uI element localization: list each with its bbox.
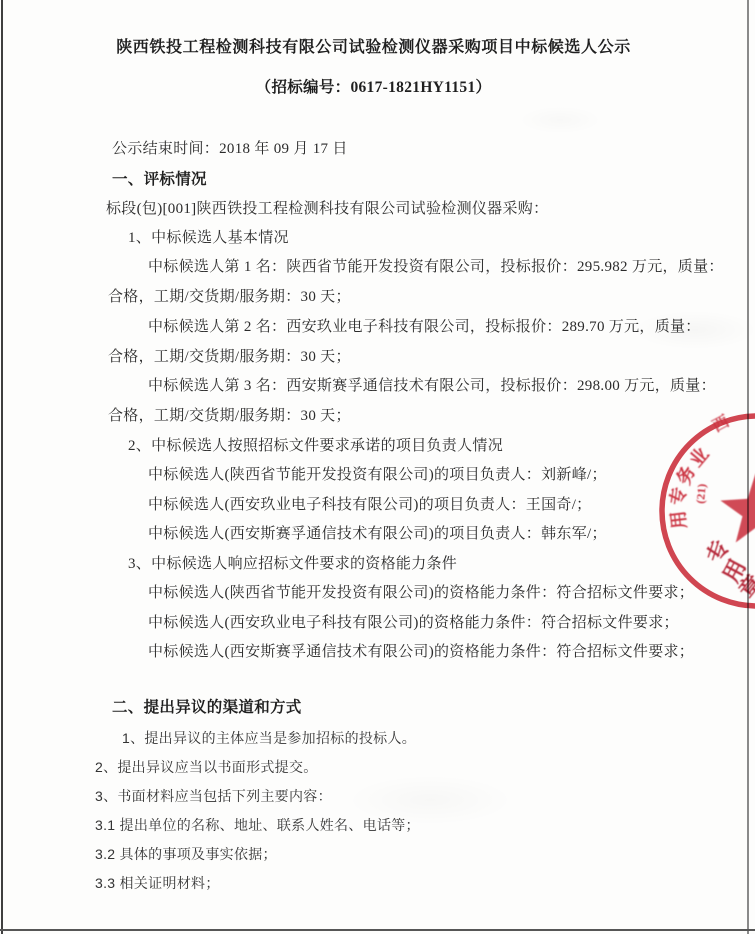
item-3-heading: 3、中标候选人响应招标文件要求的资格能力条件 — [128, 555, 457, 574]
manager-2: 中标候选人(西安玖业电子科技有限公司)的项目负责人：王国奇/； — [148, 496, 591, 515]
candidate-1-line-2: 合格，工期/交货期/服务期：30 天； — [108, 288, 351, 307]
lot-line: 标段(包)[001]陕西铁投工程检测科技有限公司试验检测仪器采购： — [106, 200, 548, 219]
candidate-3-line-2: 合格，工期/交货期/服务期：30 天； — [108, 407, 351, 426]
section-2-heading: 二、提出异议的渠道和方式 — [112, 698, 302, 717]
candidate-3-line-1: 中标候选人第 3 名：西安斯赛孚通信技术有限公司，投标报价：298.00 万元，… — [148, 377, 716, 396]
candidate-2-line-1: 中标候选人第 2 名：西安玖业电子科技有限公司，投标报价：289.70 万元，质… — [148, 318, 701, 337]
item-2-heading: 2、中标候选人按照招标文件要求承诺的项目负责人情况 — [128, 437, 503, 456]
publicity-end-date: 公示结束时间：2018 年 09 月 17 日 — [112, 140, 348, 159]
scan-edge-left — [1, 0, 3, 934]
item-1-heading: 1、中标候选人基本情况 — [128, 229, 289, 248]
objection-item-3: 3、书面材料应当包括下列主要内容： — [95, 787, 332, 806]
seal-ring-text-1: 业 — [686, 444, 713, 471]
seal-ring-text-3: 专 — [666, 486, 690, 507]
official-seal: 业 务 专 用 (21) 西 专 用 章 — [648, 402, 755, 622]
doc-title: 陕西铁投工程检测科技有限公司试验检测仪器采购项目中标候选人公示 — [0, 38, 747, 57]
candidate-2-line-2: 合格，工期/交货期/服务期：30 天； — [108, 348, 351, 367]
manager-3: 中标候选人(西安斯赛孚通信技术有限公司)的项目负责人：韩东军/； — [148, 525, 607, 544]
objection-subitem-3-2: 3.2 具体的事项及事实依据； — [95, 845, 277, 864]
section-1-heading: 一、评标情况 — [112, 170, 207, 189]
seal-ring-text-4: 用 — [668, 510, 690, 530]
qualification-3: 中标候选人(西安斯赛孚通信技术有限公司)的资格能力条件：符合招标文件要求； — [148, 643, 694, 662]
objection-item-2: 2、提出异议应当以书面形式提交。 — [95, 758, 318, 777]
qualification-2: 中标候选人(西安玖业电子科技有限公司)的资格能力条件：符合招标文件要求； — [148, 614, 679, 633]
manager-1: 中标候选人(陕西省节能开发投资有限公司)的项目负责人：刘新峰/； — [148, 466, 607, 485]
objection-item-1: 1、提出异议的主体应当是参加招标的投标人。 — [122, 729, 416, 748]
qualification-1: 中标候选人(陕西省节能开发投资有限公司)的资格能力条件：符合招标文件要求； — [148, 584, 694, 603]
scan-edge-bottom — [0, 929, 755, 931]
bid-number: （招标编号：0617-1821HY1151） — [0, 78, 747, 97]
scanned-document-page: 陕西铁投工程检测科技有限公司试验检测仪器采购项目中标候选人公示 （招标编号：06… — [0, 0, 755, 934]
seal-top-glyph: 西 — [709, 412, 732, 435]
seal-number-text: (21) — [693, 483, 709, 504]
candidate-1-line-1: 中标候选人第 1 名：陕西省节能开发投资有限公司，投标报价：295.982 万元… — [148, 258, 724, 277]
objection-subitem-3-3: 3.3 相关证明材料； — [95, 874, 220, 893]
objection-subitem-3-1: 3.1 提出单位的名称、地址、联系人姓名、电话等； — [95, 816, 420, 835]
